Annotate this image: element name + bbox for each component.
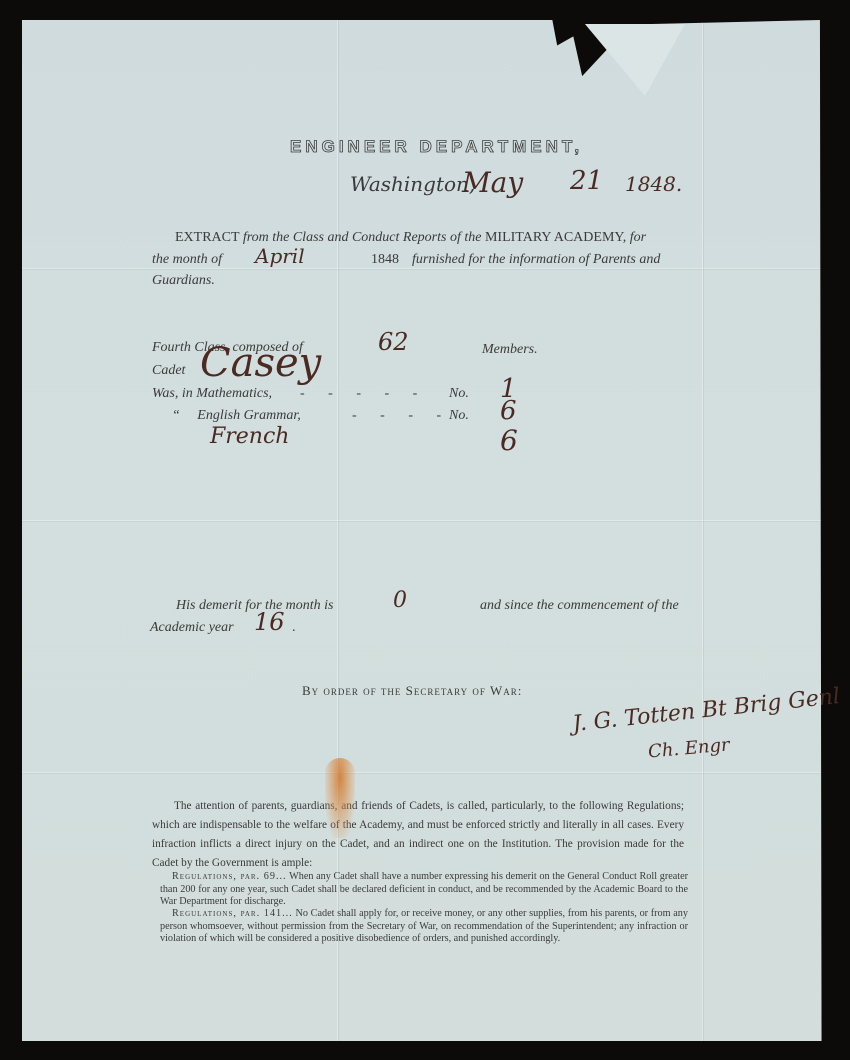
regulation-141: Regulations, par. 141... No Cadet shall …: [160, 908, 688, 946]
fold-line: [22, 772, 828, 773]
extract-end: for: [630, 230, 646, 245]
extract-line-1: EXTRACT from the Class and Conduct Repor…: [175, 230, 646, 246]
leader-dashes: - - - - -: [300, 386, 427, 402]
month-line-start: the month of: [152, 252, 222, 268]
members-label: Members.: [482, 342, 538, 358]
notice-paragraph: The attention of parents, guardians, and…: [152, 797, 684, 873]
rank-label: No.: [449, 408, 469, 424]
extract-prefix: EXTRACT: [175, 230, 239, 245]
date-month: May: [462, 166, 523, 199]
demerit-month-value: 0: [393, 588, 407, 613]
period: .: [292, 620, 296, 636]
fold-line: [702, 20, 703, 1041]
subject-name: Mathematics,: [196, 386, 272, 401]
guardians-line: Guardians.: [152, 273, 215, 289]
subject-row: “ English Grammar,: [172, 408, 301, 424]
date-day: 21: [570, 166, 603, 196]
fold-line: [22, 520, 828, 521]
subject-prefix: Was, in: [152, 386, 193, 401]
demerit-since-label: and since the commencement of the: [480, 598, 679, 614]
subject-rank: 6: [500, 424, 518, 457]
cadet-label: Cadet: [152, 363, 185, 379]
leader-dashes: - - - -: [352, 408, 451, 424]
academy-name: MILITARY ACADEMY,: [485, 230, 626, 245]
report-year: 1848: [371, 252, 399, 268]
fold-line: [22, 268, 828, 269]
regulation-label: Regulations, par. 69...: [172, 871, 287, 882]
rank-label: No.: [449, 386, 469, 402]
department-title: ENGINEER DEPARTMENT,: [290, 137, 583, 157]
regulation-label: Regulations, par. 141...: [172, 908, 293, 919]
subject-rank: 6: [500, 396, 517, 426]
demerit-year-value: 16: [254, 608, 285, 636]
academic-year-label: Academic year: [150, 620, 234, 636]
cadet-name: Casey: [200, 340, 321, 386]
month-line-end: furnished for the information of Parents…: [412, 252, 660, 268]
subject-prefix: “: [172, 408, 180, 423]
torn-corner-flap: [585, 24, 695, 96]
subject-name-handwritten: French: [210, 424, 289, 449]
subject-name: English Grammar,: [197, 408, 300, 423]
extract-italic: from the Class and Conduct Reports of th…: [243, 230, 482, 245]
subject-row: Was, in Mathematics,: [152, 386, 272, 402]
members-count: 62: [378, 328, 409, 356]
regulation-69: Regulations, par. 69... When any Cadet s…: [160, 871, 688, 909]
place-label: Washington,: [350, 172, 475, 196]
rust-stain: [325, 758, 355, 838]
order-label: By order of the Secretary of War:: [302, 683, 522, 699]
report-month: April: [255, 244, 305, 268]
date-year: 1848.: [625, 172, 682, 196]
